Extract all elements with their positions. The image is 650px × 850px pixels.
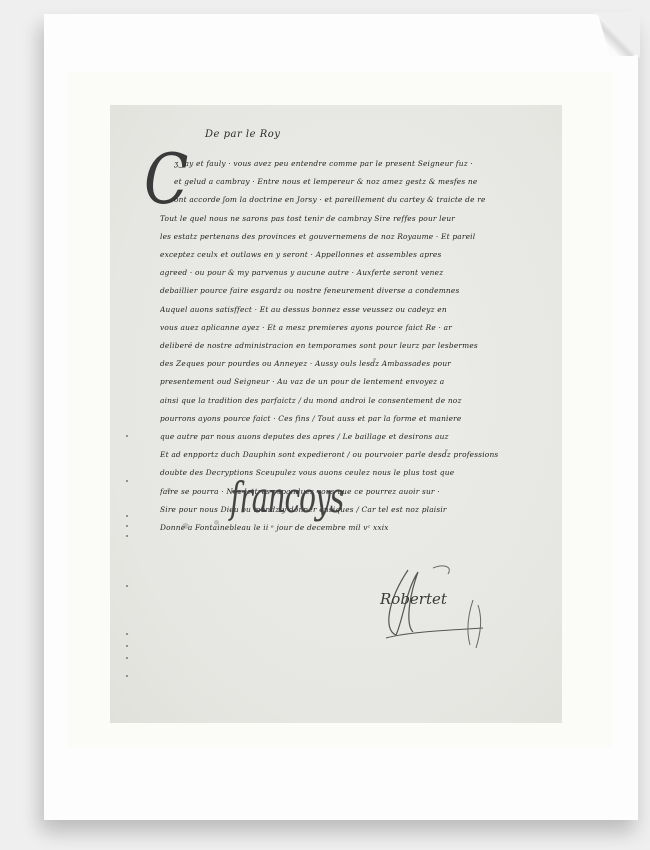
ink-smudge — [182, 523, 189, 529]
print-poster: De par le Roy C ʒ‿ay et fauly · vous ave… — [44, 14, 638, 820]
letter-line: ont accorde ʃom la doctrine en Jorsy · e… — [174, 191, 554, 209]
letter-line: Auquel auons satisffect · Et au dessus b… — [160, 301, 554, 319]
letter-line: debaillier pource faire esgardz ou nostr… — [160, 282, 554, 300]
letter-line: vous auez aplicanne ayez · Et a mesz pre… — [160, 319, 554, 337]
letter-line: faire se pourra · Noz lettres espandues … — [160, 483, 554, 501]
letter-line: pourrons ayons pource faict · Ces fins /… — [160, 410, 554, 428]
letter-line: presentement oud Seigneur · Au vaz de un… — [160, 373, 554, 391]
royal-signature: francoys — [230, 473, 343, 523]
letter-line: ʒ‿ay et fauly · vous avez peu entendre c… — [174, 155, 554, 173]
letter-line: Et ad enpportz duch Dauphin sont expedie… — [160, 446, 554, 464]
margin-marks — [126, 435, 132, 685]
letter-line: des Zeques pour pourdes ou Anneyez · Aus… — [160, 355, 554, 373]
letter-line: ainsi que la tradition des parfaictz / d… — [160, 392, 554, 410]
letter-line: agreed · ou pour & my parvenus y aucune … — [160, 264, 554, 282]
letter-line: Donne a Fontainebleau le ii ᵉ jour de de… — [160, 519, 554, 537]
letter-line: doubte des Decryptions Sceupulez vous au… — [160, 464, 554, 482]
letter-line: Sire pour nous Dieu ou mondz y donner en… — [160, 501, 554, 519]
ink-smudge — [167, 488, 171, 492]
letter-line: exceptez ceulx et outlaws en y seront · … — [160, 246, 554, 264]
manuscript-image: De par le Roy C ʒ‿ay et fauly · vous ave… — [110, 105, 562, 723]
letter-line: les estatz pertenans des provinces et go… — [160, 228, 554, 246]
ink-smudge — [214, 520, 219, 525]
letter-line: deliberé de nostre administracion en tem… — [160, 337, 554, 355]
letter-line: Tout le quel nous ne sarons pas tost ten… — [160, 210, 554, 228]
letter-line: et gelud a cambray · Entre nous et lempe… — [174, 173, 554, 191]
print-mat: De par le Roy C ʒ‿ay et fauly · vous ave… — [68, 72, 612, 747]
letter-heading: De par le Roy — [205, 129, 280, 140]
letter-line: que autre par nous auons deputes des apr… — [160, 428, 554, 446]
secretary-signature: Robertet — [380, 590, 447, 608]
